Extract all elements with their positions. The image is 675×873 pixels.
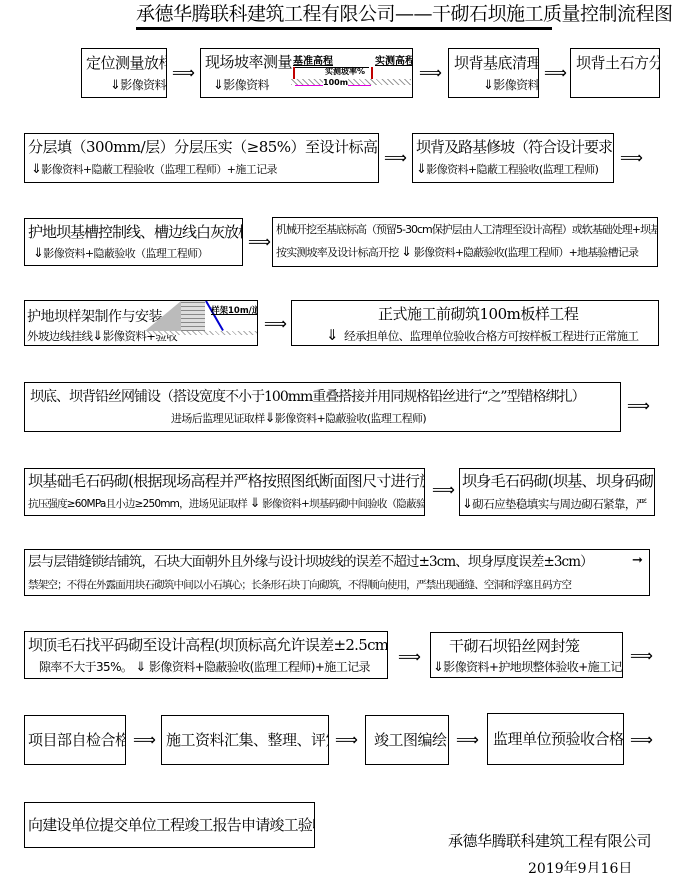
step-label: 施工资料汇集、整理、评定 — [166, 730, 329, 750]
step-label: 坝底、坝背铅丝网铺设（搭设宽度不小于100mm重叠搭接并用同规格铅丝进行“之”型… — [30, 387, 585, 407]
step-body-masonry: 坝身毛石码砌(坝基、坝身码砌时 ⇓砌石应垫稳填实与周边砌石紧靠，严 — [459, 468, 655, 516]
step-note-prefix: 外坡边线挂线 — [27, 329, 92, 343]
right-arrow-icon: ⟹ — [264, 316, 287, 332]
right-arrow-icon: ⟹ — [335, 732, 358, 748]
right-arrow-icon: ➞ — [632, 553, 643, 569]
step-label: 坝顶毛石找平码砌至设计高程(坝顶标高允许误差±2.5cm) — [28, 635, 388, 655]
down-arrow-icon: ⇓ — [31, 162, 41, 177]
down-arrow-icon: ⇓ — [462, 497, 472, 512]
step-note: 禁架空；不得在外露面用块石砌筑中间以小石填心；长条形石块丁向砌筑，不得顺向使用，… — [28, 577, 571, 593]
step-note: 影像资料+隐蔽工程验收（监理工程师）+施工记录 — [41, 163, 277, 176]
step-label: 分层填（300mm/层）分层压实（≥85%）至设计标高 — [28, 137, 378, 157]
step-document-compilation: 施工资料汇集、整理、评定 — [161, 715, 329, 765]
right-arrow-icon: ⟹ — [419, 65, 442, 81]
down-arrow-icon: ⇓ — [416, 162, 426, 177]
down-arrow-icon: ⇓ — [136, 660, 146, 675]
right-arrow-icon: ⟹ — [627, 398, 650, 414]
step-note-prefix: 进场后监理见证取样 — [171, 412, 265, 425]
step-label: 项目部自检合格 — [28, 730, 126, 750]
step-label: 护地坝样架制作与安装 — [27, 307, 162, 327]
right-arrow-icon: ⟹ — [384, 150, 407, 166]
step-label: 坝背及路基修坡（符合设计要求） — [416, 137, 614, 157]
diagram-label-reference-elevation: 基准高程 — [293, 52, 333, 67]
step-label: 现场坡率测量 — [205, 52, 292, 72]
step-excavation: 机械开挖至基底标高（预留5-30cm保护层由人工清理至设计高程）或软基础处理+坝… — [272, 217, 658, 267]
down-arrow-icon: ⇓ — [92, 329, 102, 344]
step-label: 层与层错缝锁结铺筑，石块大面朝外且外缘与设计坝坡线的误差不超过±3cm、坝身厚度… — [28, 552, 593, 572]
right-arrow-icon: ⟹ — [172, 65, 195, 81]
step-note: 影像资料 — [223, 78, 269, 92]
down-arrow-icon: ⇓ — [265, 411, 275, 426]
step-label: 机械开挖至基底标高（预留5-30cm保护层由人工清理至设计高程）或软基础处理+坝… — [276, 222, 658, 238]
step-trench-layout: 护地坝基槽控制线、槽边线白灰放样 ⇓影像资料+隐蔽验收（监理工程师） — [24, 218, 243, 266]
step-note: 砌石应垫稳填实与周边砌石紧靠，严 — [472, 497, 646, 511]
step-note: 影像资料+隐蔽验收(监理工程师) — [275, 412, 426, 425]
down-arrow-icon: ⇓ — [110, 78, 120, 93]
step-slope-trimming: 坝背及路基修坡（符合设计要求） ⇓影像资料+隐蔽工程验收(监理工程师) — [412, 133, 614, 183]
step-note-prefix: 抗压强度≥60MPa且小边≥250mm，进场见证取样 — [28, 498, 247, 510]
down-arrow-icon: ⇓ — [326, 326, 338, 344]
step-mesh-sealing: 干砌石坝铅丝网封笼 ⇓影像资料+护地坝整体验收+施工记录 — [430, 632, 623, 678]
right-arrow-icon: ⟹ — [630, 648, 653, 664]
step-label: 监理单位预验收合格 — [493, 729, 624, 749]
step-backfill: 坝背土石方分 — [570, 48, 660, 98]
footer-date: 2019年9月16日 — [528, 858, 632, 873]
step-note: 经承担单位、监理单位验收合格方可按样板工程进行正常施工 — [344, 329, 638, 343]
diagram-label-slope: 实测坡率% — [325, 66, 365, 77]
step-label: 干砌石坝铅丝网封笼 — [449, 636, 580, 656]
slope-survey-diagram: 基准高程 实测高程 实测坡率% 100m — [291, 51, 413, 97]
step-foundation-masonry: 坝基础毛石码砌(根据现场高程并严格按照图纸断面图尺寸进行施工) 抗压强度≥60M… — [24, 468, 425, 516]
right-arrow-icon: ⟹ — [133, 732, 156, 748]
step-note: 影像资料+坝基码砌中间验收（隐蔽验收） — [262, 498, 425, 510]
right-arrow-icon: ⟹ — [398, 649, 421, 665]
step-base-clearing: 坝背基底清理 ⇓影像资料 — [448, 48, 539, 98]
step-sample-section: 正式施工前砌筑100m板样工程 ⇓ 经承担单位、监理单位验收合格方可按样板工程进… — [291, 300, 659, 346]
diagram-label-length: 100m — [323, 78, 348, 87]
diagram-label-template: 样架10m/道 — [211, 304, 258, 316]
step-wire-mesh-laying: 坝底、坝背铅丝网铺设（搭设宽度不小于100mm重叠搭接并用同规格铅丝进行“之”型… — [24, 382, 621, 432]
step-label: 坝基础毛石码砌(根据现场高程并严格按照图纸断面图尺寸进行施工) — [28, 471, 425, 491]
down-arrow-icon: ⇓ — [401, 245, 411, 260]
step-label: 定位测量放样 — [86, 53, 167, 73]
down-arrow-icon: ⇓ — [250, 496, 260, 511]
step-note: 影像资料+隐蔽验收(监理工程师)+施工记录 — [149, 660, 370, 674]
right-arrow-icon: ⟹ — [432, 482, 455, 498]
step-note: 影像资料 — [493, 78, 539, 92]
ground-hatch — [145, 331, 257, 335]
down-arrow-icon: ⇓ — [213, 78, 223, 93]
step-final-acceptance-application: 向建设单位提交单位工程竣工报告申请竣工验收 — [24, 802, 315, 848]
step-positioning-survey: 定位测量放样 ⇓影像资料 — [81, 48, 167, 98]
step-label: 向建设单位提交单位工程竣工报告申请竣工验收 — [28, 815, 315, 835]
right-arrow-icon: ⟹ — [620, 150, 643, 166]
step-label: 坝背基底清理 — [454, 53, 539, 73]
step-label: 坝背土石方分 — [576, 53, 660, 73]
step-note-prefix: 按实测坡率及设计标高开挖 — [276, 246, 398, 259]
dam-fill-hatch — [181, 301, 205, 331]
dam-section-diagram: 样架10m/道 — [145, 301, 257, 346]
step-note: 影像资料+隐蔽验收（监理工程师） — [43, 247, 208, 260]
step-template-frame: 护地坝样架制作与安装 外坡边线挂线⇓影像资料+验收 样架10m/道 — [24, 300, 258, 346]
step-as-built-drawing: 竣工图编绘 — [365, 715, 449, 765]
step-label: 竣工图编绘 — [374, 730, 447, 750]
down-arrow-icon: ⇓ — [433, 660, 443, 675]
step-note-prefix: 隙率不大于35%。 — [39, 660, 132, 674]
diagram-label-measured-elevation: 实测高程 — [375, 52, 413, 67]
step-self-inspection: 项目部自检合格 — [24, 715, 126, 765]
right-arrow-icon: ⟹ — [456, 732, 479, 748]
step-note: 影像资料+隐蔽工程验收(监理工程师) — [426, 163, 598, 176]
step-slope-survey: 现场坡率测量 ⇓影像资料 基准高程 实测高程 实测坡率% 100m — [200, 48, 413, 98]
right-arrow-icon: ⟹ — [630, 732, 653, 748]
step-layer-staggering: 层与层错缝锁结铺筑，石块大面朝外且外缘与设计坝坡线的误差不超过±3cm、坝身厚度… — [24, 549, 650, 596]
step-label: 护地坝基槽控制线、槽边线白灰放样 — [28, 222, 243, 242]
right-arrow-icon: ⟹ — [544, 65, 567, 81]
step-crest-leveling: 坝顶毛石找平码砌至设计高程(坝顶标高允许误差±2.5cm) 隙率不大于35%。 … — [24, 631, 388, 679]
step-layered-fill: 分层填（300mm/层）分层压实（≥85%）至设计标高 ⇓影像资料+隐蔽工程验收… — [24, 133, 379, 183]
page-title: 承德华腾联科建筑工程有限公司——干砌石坝施工质量控制流程图 — [136, 2, 552, 30]
down-arrow-icon: ⇓ — [483, 78, 493, 93]
step-supervisor-pre-acceptance: 监理单位预验收合格 — [487, 713, 624, 765]
right-arrow-icon: ⟹ — [248, 234, 271, 250]
step-note: 影像资料+隐蔽验收(监理工程师）+地基验槽记录 — [414, 246, 638, 259]
step-note: 影像资料+护地坝整体验收+施工记录 — [443, 660, 623, 674]
step-label: 坝身毛石码砌(坝基、坝身码砌时 — [462, 471, 655, 491]
footer-company: 承德华腾联科建筑工程有限公司 — [448, 830, 651, 851]
step-label: 正式施工前砌筑100m板样工程 — [378, 304, 578, 324]
step-note: 影像资料 — [120, 78, 166, 92]
down-arrow-icon: ⇓ — [33, 246, 43, 261]
